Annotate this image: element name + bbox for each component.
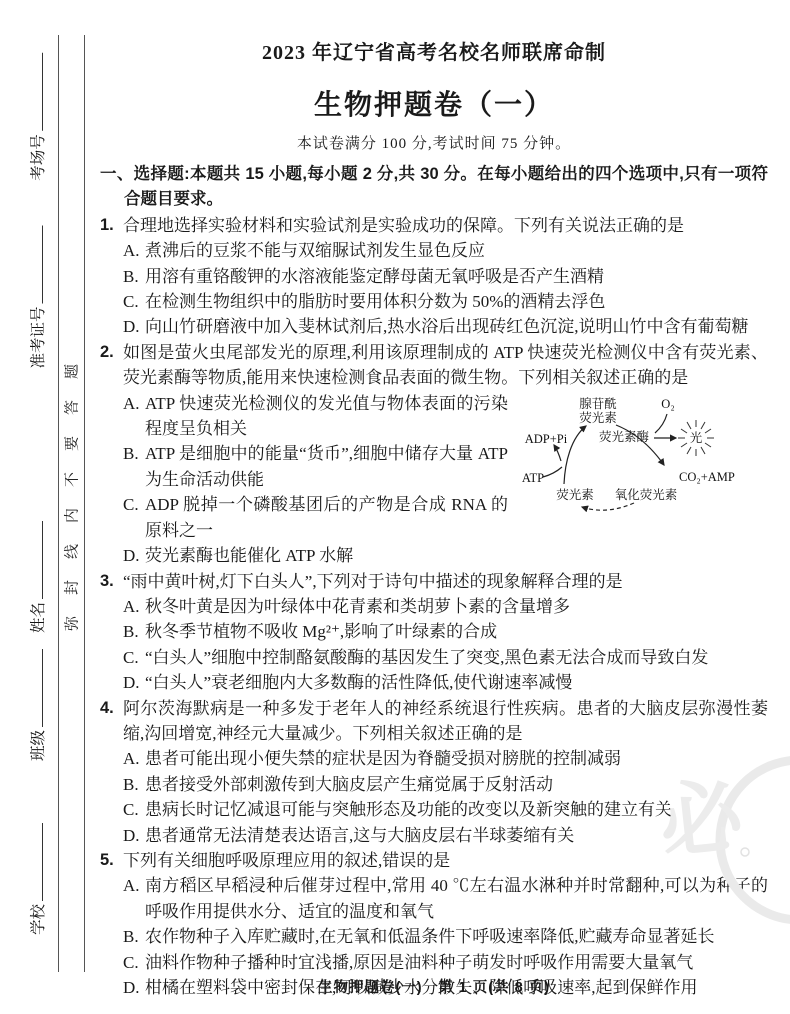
option-label: B. xyxy=(123,772,139,797)
option-text: ATP 快速荧光检测仪的发光值与物体表面的污染程度呈负相关 xyxy=(145,394,508,438)
option-text: 南方稻区早稻浸种后催芽过程中,常用 40 ℃左右温水淋种并时常翻种,可以为种子的… xyxy=(145,876,768,920)
option-text: “白头人”细胞中控制酪氨酸酶的基因发生了突变,黑色素无法合成而导致白发 xyxy=(145,648,708,667)
option-a: A. 煮沸后的豆浆不能与双缩脲试剂发生显色反应 xyxy=(123,238,768,263)
field-class: 班级 xyxy=(26,649,48,761)
option-label: C. xyxy=(123,492,139,517)
option-label: B. xyxy=(123,924,139,949)
option-label: B. xyxy=(123,619,139,644)
field-label: 姓名 xyxy=(30,602,47,633)
question-stem: 1. 合理地选择实验材料和实验试剂是实验成功的保障。下列有关说法正确的是 xyxy=(100,213,768,238)
seal-line-inner xyxy=(84,35,85,972)
option-text: ATP 是细胞中的能量“货币”,细胞中储存大量 ATP 为生命活动供能 xyxy=(145,444,508,488)
option-c: C. “白头人”细胞中控制酪氨酸酶的基因发生了突变,黑色素无法合成而导致白发 xyxy=(123,645,768,670)
option-text: 患者可能出现小便失禁的症状是因为脊髓受损对膀胱的控制减弱 xyxy=(145,749,621,768)
option-text: 患者接受外部刺激传到大脑皮层产生痛觉属于反射活动 xyxy=(145,775,553,794)
option-text: 荧光素酶也能催化 ATP 水解 xyxy=(145,546,353,565)
option-text: 油料作物种子播种时宜浅播,原因是油料种子萌发时呼吸作用需要大量氧气 xyxy=(145,953,693,972)
seal-notice-text: 弥封线内不要答题 xyxy=(61,343,82,631)
exam-page: { "page": { "board_line": "2023 年辽宁省高考名校… xyxy=(0,0,790,1014)
question-3: 3. “雨中黄叶树,灯下白头人”,下列对于诗句中描述的现象解释合理的是 A. 秋… xyxy=(100,569,768,696)
option-text: 患者通常无法清楚表达语言,这与大脑皮层右半球萎缩有关 xyxy=(145,826,574,845)
option-label: D. xyxy=(123,823,140,848)
question-text: 如图是萤火虫尾部发光的原理,利用该原理制成的 ATP 快速荧光检测仪中含有荧光素… xyxy=(123,343,768,387)
option-text: 煮沸后的豆浆不能与双缩脲试剂发生显色反应 xyxy=(145,241,485,260)
question-2: 2. 如图是萤火虫尾部发光的原理,利用该原理制成的 ATP 快速荧光检测仪中含有… xyxy=(100,340,768,569)
option-b: B. ATP 是细胞中的能量“货币”,细胞中储存大量 ATP 为生命活动供能 xyxy=(123,441,768,492)
option-c: C. 患病长时记忆减退可能与突触形态及功能的改变以及新突触的建立有关 xyxy=(123,797,768,822)
option-d: D. 荧光素酶也能催化 ATP 水解 xyxy=(123,543,768,568)
option-label: A. xyxy=(123,873,140,898)
option-d: D. “白头人”衰老细胞内大多数酶的活性降低,使代谢速率减慢 xyxy=(123,670,768,695)
option-label: C. xyxy=(123,289,139,314)
field-admission-ticket-number: 准考证号 xyxy=(26,225,48,368)
question-area: 一、选择题:本题共 15 小题,每小题 2 分,共 30 分。在每小题给出的四个… xyxy=(100,162,768,1000)
blank-line xyxy=(27,823,43,901)
field-label: 学校 xyxy=(30,904,47,935)
field-label: 考场号 xyxy=(30,134,47,181)
option-label: A. xyxy=(123,238,140,263)
question-number: 4. xyxy=(100,696,114,721)
option-text: 用溶有重铬酸钾的水溶液能鉴定酵母菌无氧呼吸是否产生酒精 xyxy=(145,267,604,286)
option-text: 秋冬叶黄是因为叶绿体中花青素和类胡萝卜素的含量增多 xyxy=(145,597,570,616)
option-label: C. xyxy=(123,645,139,670)
question-text: 阿尔茨海默病是一种多发于老年人的神经系统退行性疾病。患者的大脑皮层弥漫性萎缩,沟… xyxy=(123,699,768,743)
blank-line xyxy=(27,649,43,727)
section-heading: 一、选择题:本题共 15 小题,每小题 2 分,共 30 分。在每小题给出的四个… xyxy=(100,162,768,213)
option-label: C. xyxy=(123,950,139,975)
option-label: D. xyxy=(123,670,140,695)
option-label: D. xyxy=(123,314,140,339)
blank-line xyxy=(27,53,43,131)
question-number: 3. xyxy=(100,569,114,594)
option-b: B. 农作物种子入库贮藏时,在无氧和低温条件下呼吸速率降低,贮藏寿命显著延长 xyxy=(123,924,768,949)
option-c: C. 油料作物种子播种时宜浅播,原因是油料种子萌发时呼吸作用需要大量氧气 xyxy=(123,950,768,975)
exam-subtitle: 本试卷满分 100 分,考试时间 75 分钟。 xyxy=(100,130,768,162)
field-label: 班级 xyxy=(30,730,47,761)
option-b: B. 患者接受外部刺激传到大脑皮层产生痛觉属于反射活动 xyxy=(123,772,768,797)
page-title: 生物押题卷（一） xyxy=(100,80,768,130)
field-label: 准考证号 xyxy=(30,306,47,368)
option-b: B. 秋冬季节植物不吸收 Mg²⁺,影响了叶绿素的合成 xyxy=(123,619,768,644)
question-text: “雨中黄叶树,灯下白头人”,下列对于诗句中描述的现象解释合理的是 xyxy=(123,572,623,591)
question-text: 合理地选择实验材料和实验试剂是实验成功的保障。下列有关说法正确的是 xyxy=(123,216,684,235)
option-label: C. xyxy=(123,797,139,822)
option-text: 农作物种子入库贮藏时,在无氧和低温条件下呼吸速率降低,贮藏寿命显著延长 xyxy=(145,927,715,946)
exam-board-line: 2023 年辽宁省高考名校名师联席命制 xyxy=(100,28,768,80)
option-label: A. xyxy=(123,594,140,619)
option-b: B. 用溶有重铬酸钾的水溶液能鉴定酵母菌无氧呼吸是否产生酒精 xyxy=(123,264,768,289)
option-c: C. 在检测生物组织中的脂肪时要用体积分数为 50%的酒精去浮色 xyxy=(123,289,768,314)
option-c: C. ADP 脱掉一个磷酸基团后的产物是合成 RNA 的原料之一 xyxy=(123,492,768,543)
question-stem: 2. 如图是萤火虫尾部发光的原理,利用该原理制成的 ATP 快速荧光检测仪中含有… xyxy=(100,340,768,391)
exam-content: 2023 年辽宁省高考名校名师联席命制 生物押题卷（一） 本试卷满分 100 分… xyxy=(100,28,768,1000)
question-1: 1. 合理地选择实验材料和实验试剂是实验成功的保障。下列有关说法正确的是 A. … xyxy=(100,213,768,340)
question-stem: 4. 阿尔茨海默病是一种多发于老年人的神经系统退行性疾病。患者的大脑皮层弥漫性萎… xyxy=(100,696,768,747)
field-name: 姓名 xyxy=(26,521,48,633)
option-text: 向山竹研磨液中加入斐林试剂后,热水浴后出现砖红色沉淀,说明山竹中含有葡萄糖 xyxy=(145,317,749,336)
question-number: 2. xyxy=(100,340,114,365)
option-label: D. xyxy=(123,543,140,568)
option-text: 在检测生物组织中的脂肪时要用体积分数为 50%的酒精去浮色 xyxy=(145,292,605,311)
page-footer: 生物押题卷(一) 第 1 页(共 8 页) xyxy=(100,976,768,997)
question-text: 下列有关细胞呼吸原理应用的叙述,错误的是 xyxy=(123,851,450,870)
option-text: 患病长时记忆减退可能与突触形态及功能的改变以及新突触的建立有关 xyxy=(145,800,672,819)
option-d: D. 患者通常无法清楚表达语言,这与大脑皮层右半球萎缩有关 xyxy=(123,823,768,848)
option-a: A. ATP 快速荧光检测仪的发光值与物体表面的污染程度呈负相关 xyxy=(123,391,768,442)
seal-line-outer xyxy=(58,35,59,972)
blank-line xyxy=(27,225,43,303)
question-number: 1. xyxy=(100,213,114,238)
option-d: D. 向山竹研磨液中加入斐林试剂后,热水浴后出现砖红色沉淀,说明山竹中含有葡萄糖 xyxy=(123,314,768,339)
question-stem: 3. “雨中黄叶树,灯下白头人”,下列对于诗句中描述的现象解释合理的是 xyxy=(100,569,768,594)
option-text: ADP 脱掉一个磷酸基团后的产物是合成 RNA 的原料之一 xyxy=(145,495,508,539)
field-school: 学校 xyxy=(26,823,48,935)
option-label: A. xyxy=(123,746,140,771)
field-exam-room-number: 考场号 xyxy=(26,53,48,181)
option-a: A. 秋冬叶黄是因为叶绿体中花青素和类胡萝卜素的含量增多 xyxy=(123,594,768,619)
option-a: A. 南方稻区早稻浸种后催芽过程中,常用 40 ℃左右温水淋种并时常翻种,可以为… xyxy=(123,873,768,924)
question-stem: 5. 下列有关细胞呼吸原理应用的叙述,错误的是 xyxy=(100,848,768,873)
option-label: B. xyxy=(123,441,139,466)
option-a: A. 患者可能出现小便失禁的症状是因为脊髓受损对膀胱的控制减弱 xyxy=(123,746,768,771)
option-text: “白头人”衰老细胞内大多数酶的活性降低,使代谢速率减慢 xyxy=(145,673,572,692)
option-label: A. xyxy=(123,391,140,416)
option-label: B. xyxy=(123,264,139,289)
option-text: 秋冬季节植物不吸收 Mg²⁺,影响了叶绿素的合成 xyxy=(145,622,497,641)
blank-line xyxy=(27,521,43,599)
question-number: 5. xyxy=(100,848,114,873)
question-4: 4. 阿尔茨海默病是一种多发于老年人的神经系统退行性疾病。患者的大脑皮层弥漫性萎… xyxy=(100,696,768,848)
